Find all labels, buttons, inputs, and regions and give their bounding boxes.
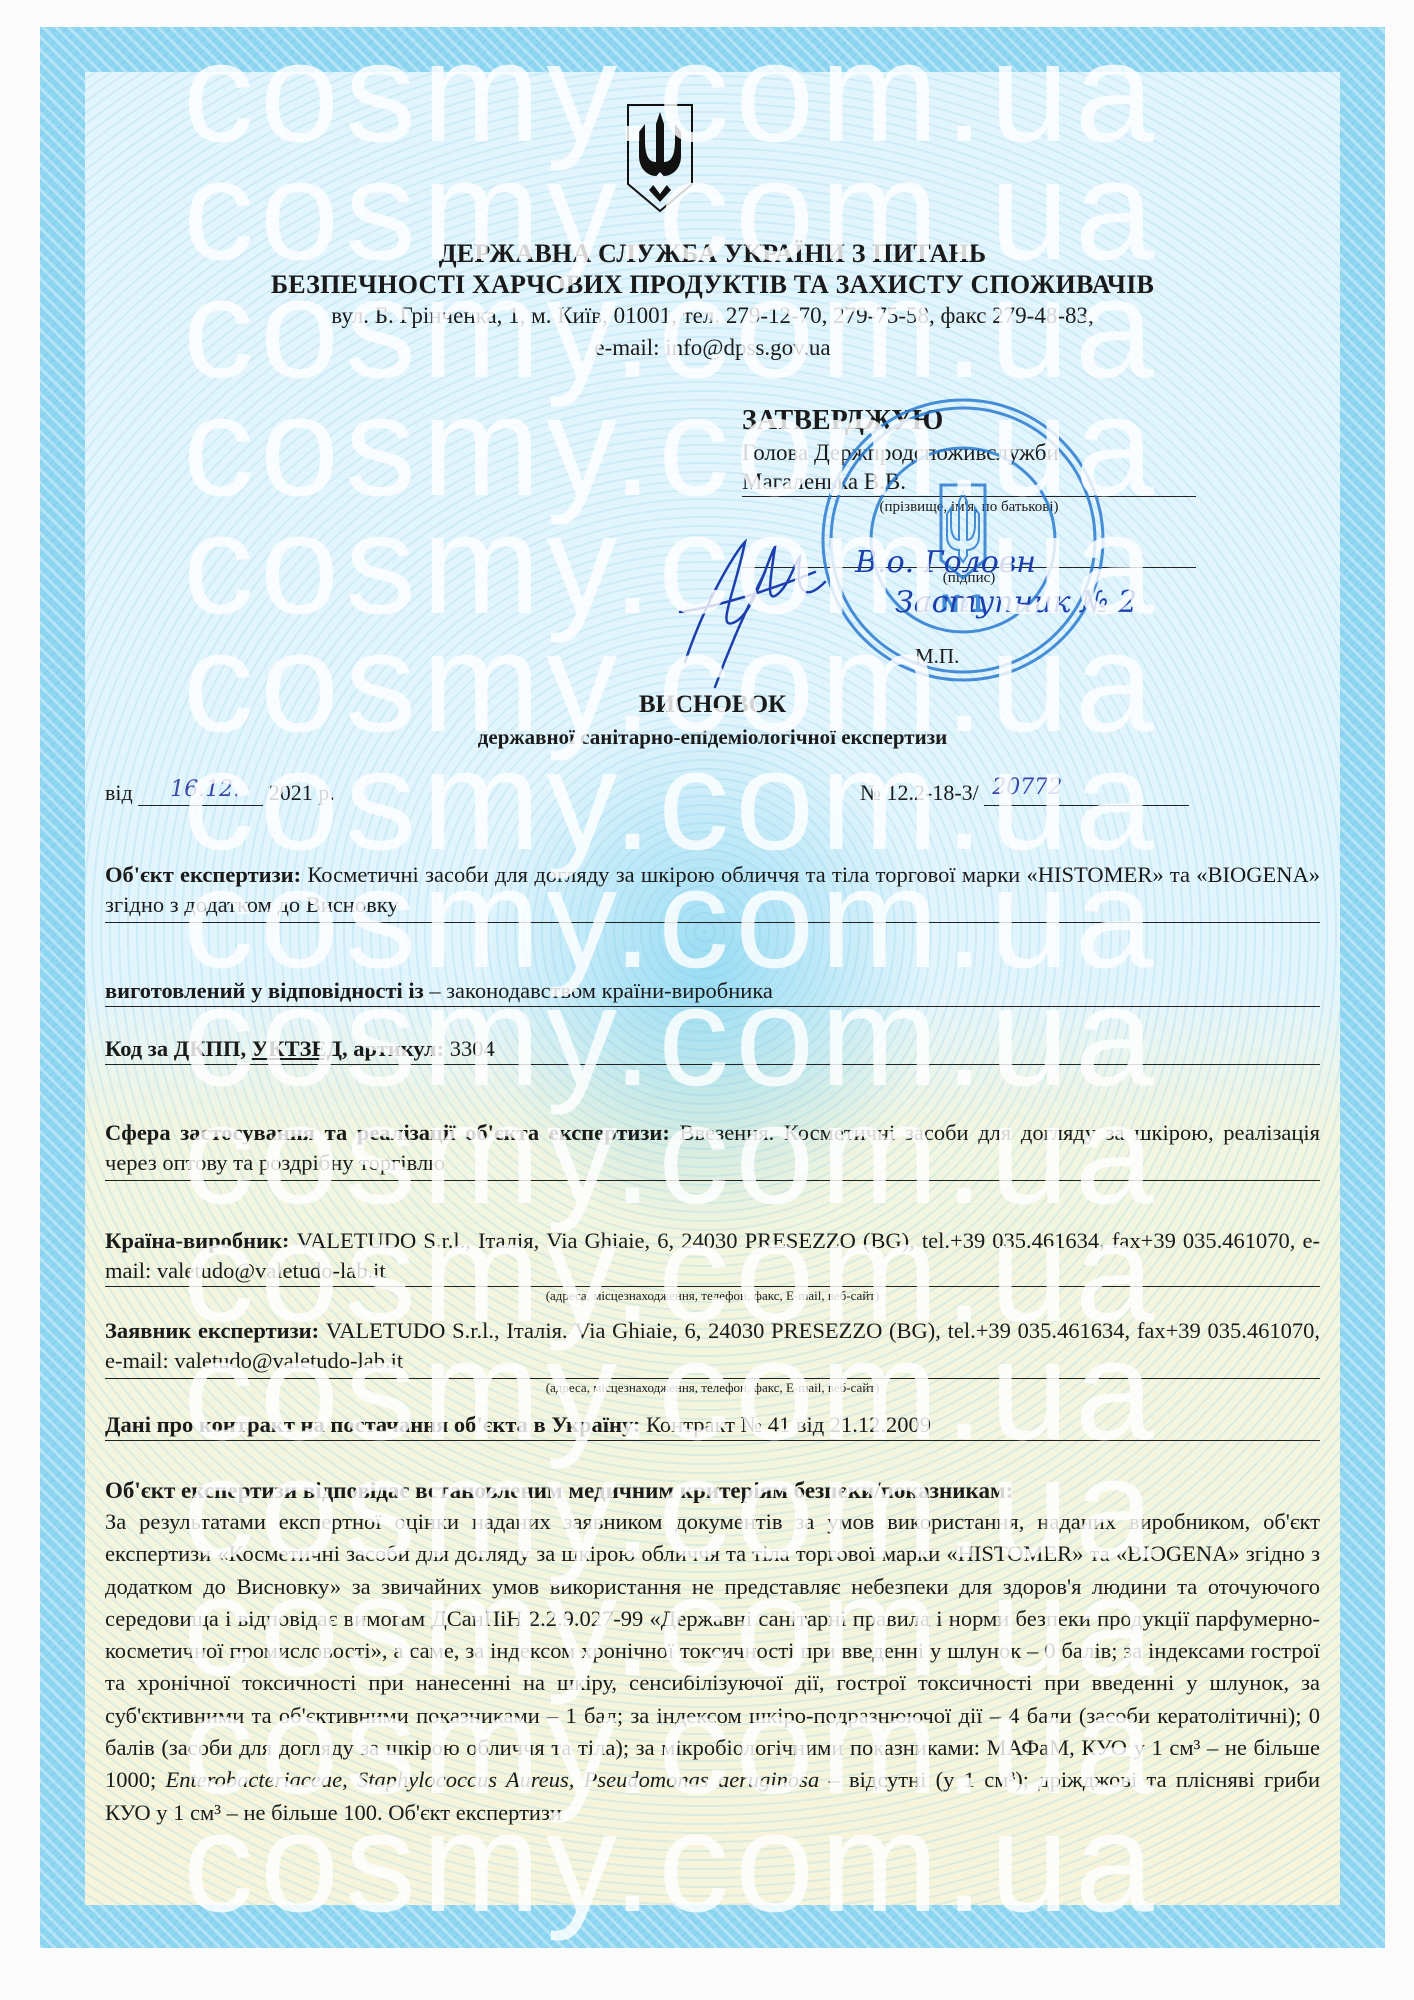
field-code-label-3: , артикул:: [342, 1036, 444, 1061]
approval-title: ЗАТВЕРДЖУЮ: [742, 404, 1342, 438]
field-code-label-1: Код за ДКПП,: [105, 1036, 252, 1061]
field-manufactured-label: виготовлений у відповідності із: [105, 978, 424, 1003]
field-scope-label: Сфера застосування та реалізації об'єкта…: [105, 1120, 670, 1145]
divider: [105, 1180, 1320, 1181]
field-manufacturer-caption: (адреса, місцезнаходження, телефон, факс…: [105, 1288, 1320, 1304]
conformity-microorganisms: Enterobacteriaceae, Staphylococcus Aureu…: [166, 1767, 820, 1792]
number-handwritten: 20772: [992, 775, 1062, 800]
number-field: 20772: [984, 783, 1189, 806]
field-object: Об'єкт експертизи: Косметичні засоби для…: [105, 860, 1320, 920]
divider: [105, 1064, 1320, 1065]
svg-text:№1: №1: [940, 590, 986, 618]
date-and-number-line: від 16.12. 2021 р. № 12.2-18-3/ 20772: [105, 772, 1320, 812]
divider: [105, 922, 1320, 923]
date-suffix: 2021 р.: [269, 780, 335, 805]
conformity-section: Об'єкт експертизи відповідає встановлени…: [105, 1476, 1320, 1829]
conformity-text: За результатами експертної оцінки надани…: [105, 1506, 1320, 1829]
signature-caption: (підпис): [742, 568, 1196, 588]
approver-name: Магаленька В.В.: [742, 467, 1196, 497]
field-scope: Сфера застосування та реалізації об'єкта…: [105, 1118, 1320, 1178]
field-applicant-label: Заявник експертизи:: [105, 1318, 319, 1343]
approval-block: ЗАТВЕРДЖУЮ Голова Держпродспоживслужби М…: [742, 404, 1342, 588]
date-handwritten: 16.12.: [170, 777, 240, 802]
field-code-label-2: УКТЗЕД: [252, 1036, 342, 1061]
org-name-line-2: БЕЗПЕЧНОСТІ ХАРЧОВИХ ПРОДУКТІВ ТА ЗАХИСТ…: [105, 269, 1320, 300]
field-manufactured: виготовлений у відповідності із – законо…: [105, 976, 1320, 1006]
document-title-block: ВИСНОВОК державної санітарно-епідеміолог…: [105, 688, 1320, 752]
field-manufactured-value: – законодавством країни-виробника: [429, 978, 773, 1003]
date-prefix: від: [105, 780, 133, 805]
conformity-text-part-1: За результатами експертної оцінки надани…: [105, 1509, 1320, 1792]
document-number: № 12.2-18-3/ 20772: [860, 780, 1189, 806]
field-contract-label: Дані про контракт на постачання об'єкта …: [105, 1412, 640, 1437]
field-applicant-caption: (адреса, місцезнаходження, телефон, факс…: [105, 1380, 1320, 1396]
seal-placeholder-label: М.П.: [915, 644, 959, 669]
svg-text:Заступник № 2: Заступник № 2: [895, 585, 1137, 620]
issuer-header: ДЕРЖАВНА СЛУЖБА УКРАЇНИ З ПИТАНЬ БЕЗПЕЧН…: [105, 238, 1320, 364]
date-field: 16.12.: [138, 783, 263, 806]
number-prefix: № 12.2-18-3/: [860, 780, 979, 805]
field-manufacturer: Країна-виробник: VALETUDO S.r.l., Італія…: [105, 1226, 1320, 1286]
divider: [105, 1286, 1320, 1287]
document-title: ВИСНОВОК: [105, 688, 1320, 722]
field-manufacturer-label: Країна-виробник:: [105, 1228, 290, 1253]
org-name-line-1: ДЕРЖАВНА СЛУЖБА УКРАЇНИ З ПИТАНЬ: [105, 238, 1320, 269]
document-date: від 16.12. 2021 р.: [105, 780, 335, 806]
field-applicant: Заявник експертизи: VALETUDO S.r.l., Іта…: [105, 1316, 1320, 1376]
org-address: вул. Б. Грінченка, 1, м. Київ, 01001, те…: [105, 300, 1320, 332]
signature-line: [742, 517, 1196, 568]
field-code-value: 3304: [450, 1036, 495, 1061]
divider: [105, 1440, 1320, 1441]
approver-name-caption: (прізвище, ім'я, по батькові): [742, 497, 1196, 517]
org-email: e-mail: info@dpss.gov.ua: [105, 332, 1320, 364]
divider: [105, 1006, 1320, 1007]
coat-of-arms-trident-icon: [625, 102, 695, 214]
field-code: Код за ДКПП, УКТЗЕД, артикул: 3304: [105, 1034, 1320, 1064]
field-object-label: Об'єкт експертизи:: [105, 862, 301, 887]
conformity-title: Об'єкт експертизи відповідає встановлени…: [105, 1476, 1320, 1506]
document-subtitle: державної санітарно-епідеміологічної екс…: [105, 722, 1320, 752]
approver-position: Голова Держпродспоживслужби: [742, 438, 1342, 467]
field-contract-value: Контракт № 41 від 21.12.2009: [646, 1412, 931, 1437]
field-contract: Дані про контракт на постачання об'єкта …: [105, 1410, 1320, 1440]
document-page: ДЕРЖАВНА СЛУЖБА УКРАЇНИ З ПИТАНЬ БЕЗПЕЧН…: [105, 72, 1320, 1905]
divider: [105, 1378, 1320, 1379]
